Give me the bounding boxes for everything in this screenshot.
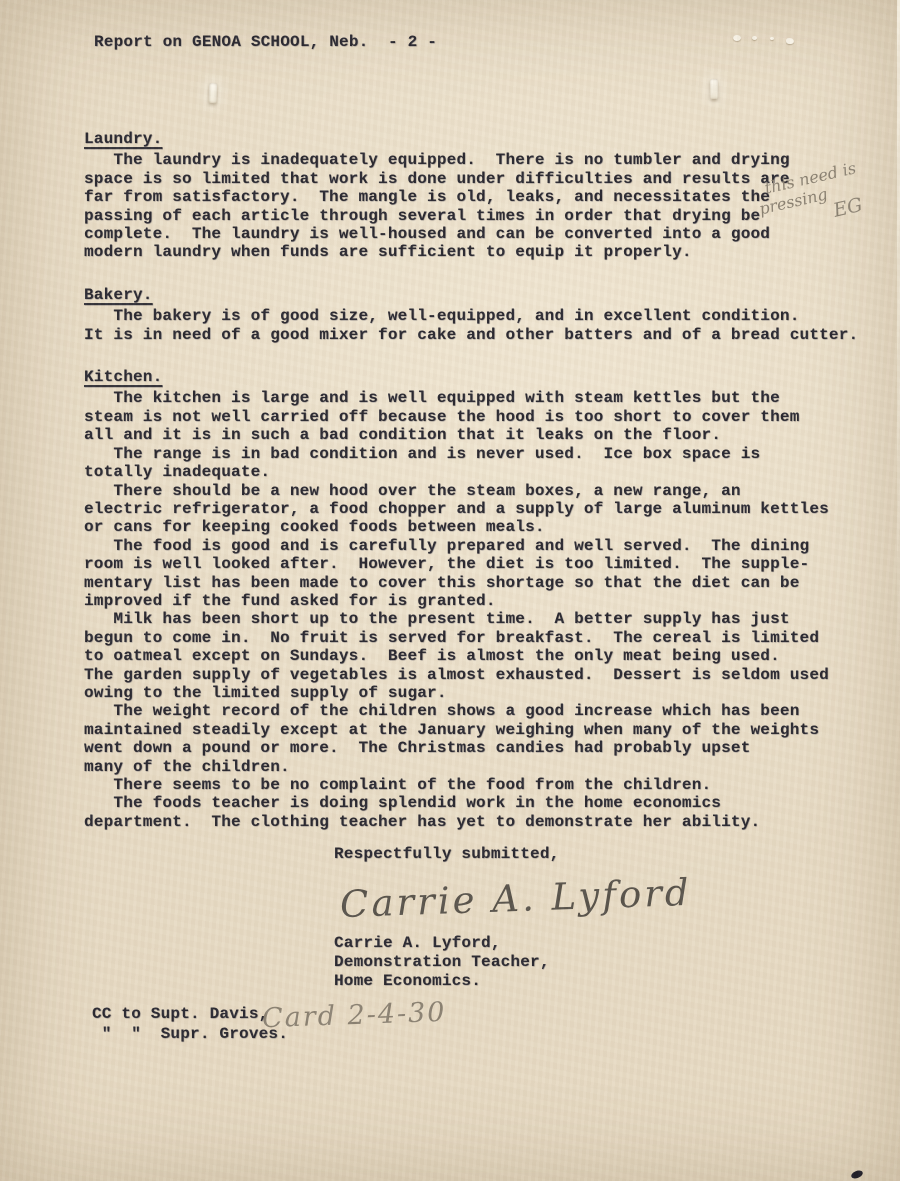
text-line: modern laundry when funds are sufficient…	[84, 243, 874, 261]
signature-line: Home Economics.	[334, 972, 692, 991]
staple-mark-right	[710, 79, 718, 99]
text-line: Milk has been short up to the present ti…	[84, 610, 874, 628]
closing-block: Respectfully submitted, Carrie A. Lyford…	[334, 845, 692, 991]
paragraph: Milk has been short up to the present ti…	[84, 610, 874, 702]
paragraph: There seems to be no complaint of the fo…	[84, 776, 874, 794]
text-line: electric refrigerator, a food chopper an…	[84, 500, 874, 518]
staple-hole-speck	[752, 36, 757, 40]
section-heading: Kitchen.	[84, 368, 162, 386]
text-line: The foods teacher is doing splendid work…	[84, 794, 874, 812]
text-line: begun to come in. No fruit is served for…	[84, 629, 874, 647]
text-line: There seems to be no complaint of the fo…	[84, 776, 874, 794]
staple-hole-speck	[770, 37, 774, 40]
page-header: Report on GENOA SCHOOL, Neb. - 2 -	[94, 33, 437, 51]
text-line: space is so limited that work is done un…	[84, 170, 874, 188]
section-kitchen: Kitchen. The kitchen is large and is wel…	[84, 368, 874, 831]
scanned-report-page: Report on GENOA SCHOOL, Neb. - 2 - Laund…	[0, 0, 900, 1181]
staple-hole-speck	[786, 38, 794, 44]
text-line: owing to the limited supply of sugar.	[84, 684, 874, 702]
paragraph: There should be a new hood over the stea…	[84, 482, 874, 537]
text-line: went down a pound or more. The Christmas…	[84, 739, 874, 757]
signature-line: Carrie A. Lyford,	[334, 934, 692, 953]
closing-salutation: Respectfully submitted,	[334, 845, 692, 863]
paragraph: The kitchen is large and is well equippe…	[84, 389, 874, 444]
text-line: The garden supply of vegetables is almos…	[84, 666, 874, 684]
staple-hole-speck	[733, 35, 741, 41]
paragraph: The bakery is of good size, well-equippe…	[84, 307, 874, 344]
ink-blot	[850, 1169, 864, 1180]
paragraph: The laundry is inadequately equipped. Th…	[84, 151, 874, 261]
cc-block: CC to Supt. Davis, " " Supr. Groves.	[92, 1004, 288, 1044]
section-laundry: Laundry. The laundry is inadequately equ…	[84, 130, 874, 262]
text-line: steam is not well carried off because th…	[84, 408, 874, 426]
text-line: or cans for keeping cooked foods between…	[84, 518, 874, 536]
text-line: passing of each article through several …	[84, 207, 874, 225]
staple-mark-left	[209, 83, 218, 103]
cc-line: " " Supr. Groves.	[92, 1024, 288, 1044]
paragraph: The foods teacher is doing splendid work…	[84, 794, 874, 831]
text-line: The kitchen is large and is well equippe…	[84, 389, 874, 407]
text-line: maintained steadily except at the Januar…	[84, 721, 874, 739]
text-line: It is in need of a good mixer for cake a…	[84, 326, 874, 344]
text-line: to oatmeal except on Sundays. Beef is al…	[84, 647, 874, 665]
handwritten-signature: Carrie A. Lyford	[339, 871, 692, 926]
cc-line: CC to Supt. Davis,	[92, 1004, 288, 1024]
paragraph: The weight record of the children shows …	[84, 702, 874, 776]
text-line: The weight record of the children shows …	[84, 702, 874, 720]
text-line: improved if the fund asked for is grante…	[84, 592, 874, 610]
text-line: many of the children.	[84, 758, 874, 776]
report-body: Laundry. The laundry is inadequately equ…	[84, 130, 874, 831]
section-heading: Bakery.	[84, 286, 153, 304]
paragraph: The range is in bad condition and is nev…	[84, 445, 874, 482]
paragraph: The food is good and is carefully prepar…	[84, 537, 874, 611]
date-note-handwritten: Card 2-4-30	[262, 997, 447, 1034]
text-line: There should be a new hood over the stea…	[84, 482, 874, 500]
text-line: mentary list has been made to cover this…	[84, 574, 874, 592]
text-line: The laundry is inadequately equipped. Th…	[84, 151, 874, 169]
text-line: The range is in bad condition and is nev…	[84, 445, 874, 463]
text-line: room is well looked after. However, the …	[84, 555, 874, 573]
section-heading: Laundry.	[84, 130, 162, 148]
text-line: complete. The laundry is well-housed and…	[84, 225, 874, 243]
text-line: The bakery is of good size, well-equippe…	[84, 307, 874, 325]
text-line: totally inadequate.	[84, 463, 874, 481]
signature-line: Demonstration Teacher,	[334, 953, 692, 972]
text-line: department. The clothing teacher has yet…	[84, 813, 874, 831]
signature-typed-block: Carrie A. Lyford,Demonstration Teacher,H…	[334, 934, 692, 991]
text-line: far from satisfactory. The mangle is old…	[84, 188, 874, 206]
text-line: all and it is in such a bad condition th…	[84, 426, 874, 444]
text-line: The food is good and is carefully prepar…	[84, 537, 874, 555]
section-bakery: Bakery. The bakery is of good size, well…	[84, 286, 874, 344]
